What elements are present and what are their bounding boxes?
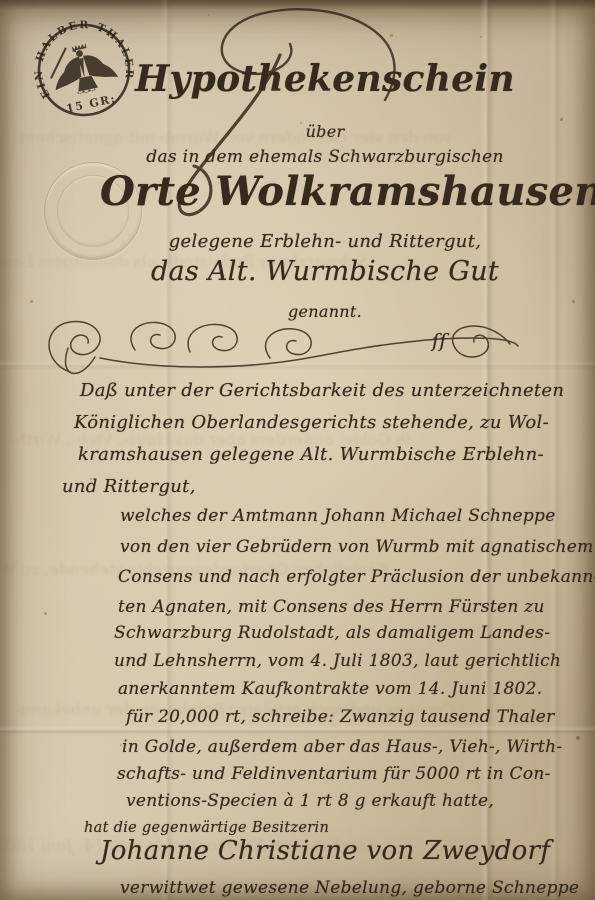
body-line: für 20,000 rt, schreibe: Zwanzig tausend…	[126, 707, 555, 727]
title-line-genannt: genannt.	[100, 302, 550, 321]
body-line: Daß unter der Gerichtsbarkeit des unterz…	[80, 380, 564, 401]
fox-spot	[30, 300, 33, 303]
body-line: welches der Amtmann Johann Michael Schne…	[120, 506, 556, 526]
stamp-eagle-icon	[45, 38, 121, 100]
title-line-region: das in dem ehemals Schwarzburgischen	[100, 147, 550, 167]
body-line: in Golde, außerdem aber das Haus-, Vieh-…	[122, 737, 562, 757]
body-line: Consens und nach erfolgter Präclusion de…	[118, 567, 595, 587]
divider-mark: ſſ	[432, 330, 447, 352]
revenue-stamp-graphic: EIN HALBER THALER 15 GR:	[15, 1, 153, 139]
body-line: Schwarzburg Rudolstadt, als damaligem La…	[114, 623, 550, 643]
revenue-stamp: EIN HALBER THALER 15 GR:	[15, 1, 153, 139]
body-line: Königlichen Oberlandesgerichts stehende,…	[74, 412, 549, 433]
body-line: und Rittergut,	[62, 476, 196, 497]
body-line: und Lehnsherrn, vom 4. Juli 1803, laut g…	[114, 651, 561, 671]
fox-spot	[560, 118, 563, 121]
title-line-estate-name: das Alt. Wurmbische Gut	[100, 256, 550, 287]
stamp-denomination: 15 GR:	[65, 92, 117, 115]
body-line: anerkanntem Kaufkontrakte vom 14. Juni 1…	[118, 679, 543, 699]
owner-name: Johanne Christiane von Zweydorf	[100, 836, 530, 866]
document-title: Hypothekenschein	[110, 58, 540, 100]
title-line-ueber: über	[110, 122, 540, 141]
title-line-estate: gelegene Erblehn- und Rittergut,	[100, 231, 550, 252]
body-line: von den vier Gebrüdern von Wurmb mit agn…	[120, 537, 594, 557]
manuscript-page: von den vier Gebrüdern von Wurmb mit agn…	[0, 0, 595, 900]
fox-spot	[572, 300, 575, 303]
closing-intro: hat die gegenwärtige Besitzerin	[84, 820, 329, 836]
fox-spot	[576, 736, 580, 740]
divider-flourish	[40, 312, 530, 376]
body-line: ventions-Specien à 1 rt 8 g erkauft hatt…	[126, 791, 494, 811]
fox-spot	[44, 612, 47, 615]
body-line: ten Agnaten, mit Consens des Herrn Fürst…	[118, 597, 545, 617]
body-line: kramshausen gelegene Alt. Wurmbische Erb…	[78, 444, 544, 465]
fox-spot	[480, 36, 482, 38]
owner-subline: verwittwet gewesene Nebelung, geborne Sc…	[120, 878, 560, 898]
title-line-place: Orte Wolkramshausen	[100, 168, 550, 215]
body-line: schafts- und Feldinventarium für 5000 rt…	[117, 764, 551, 784]
